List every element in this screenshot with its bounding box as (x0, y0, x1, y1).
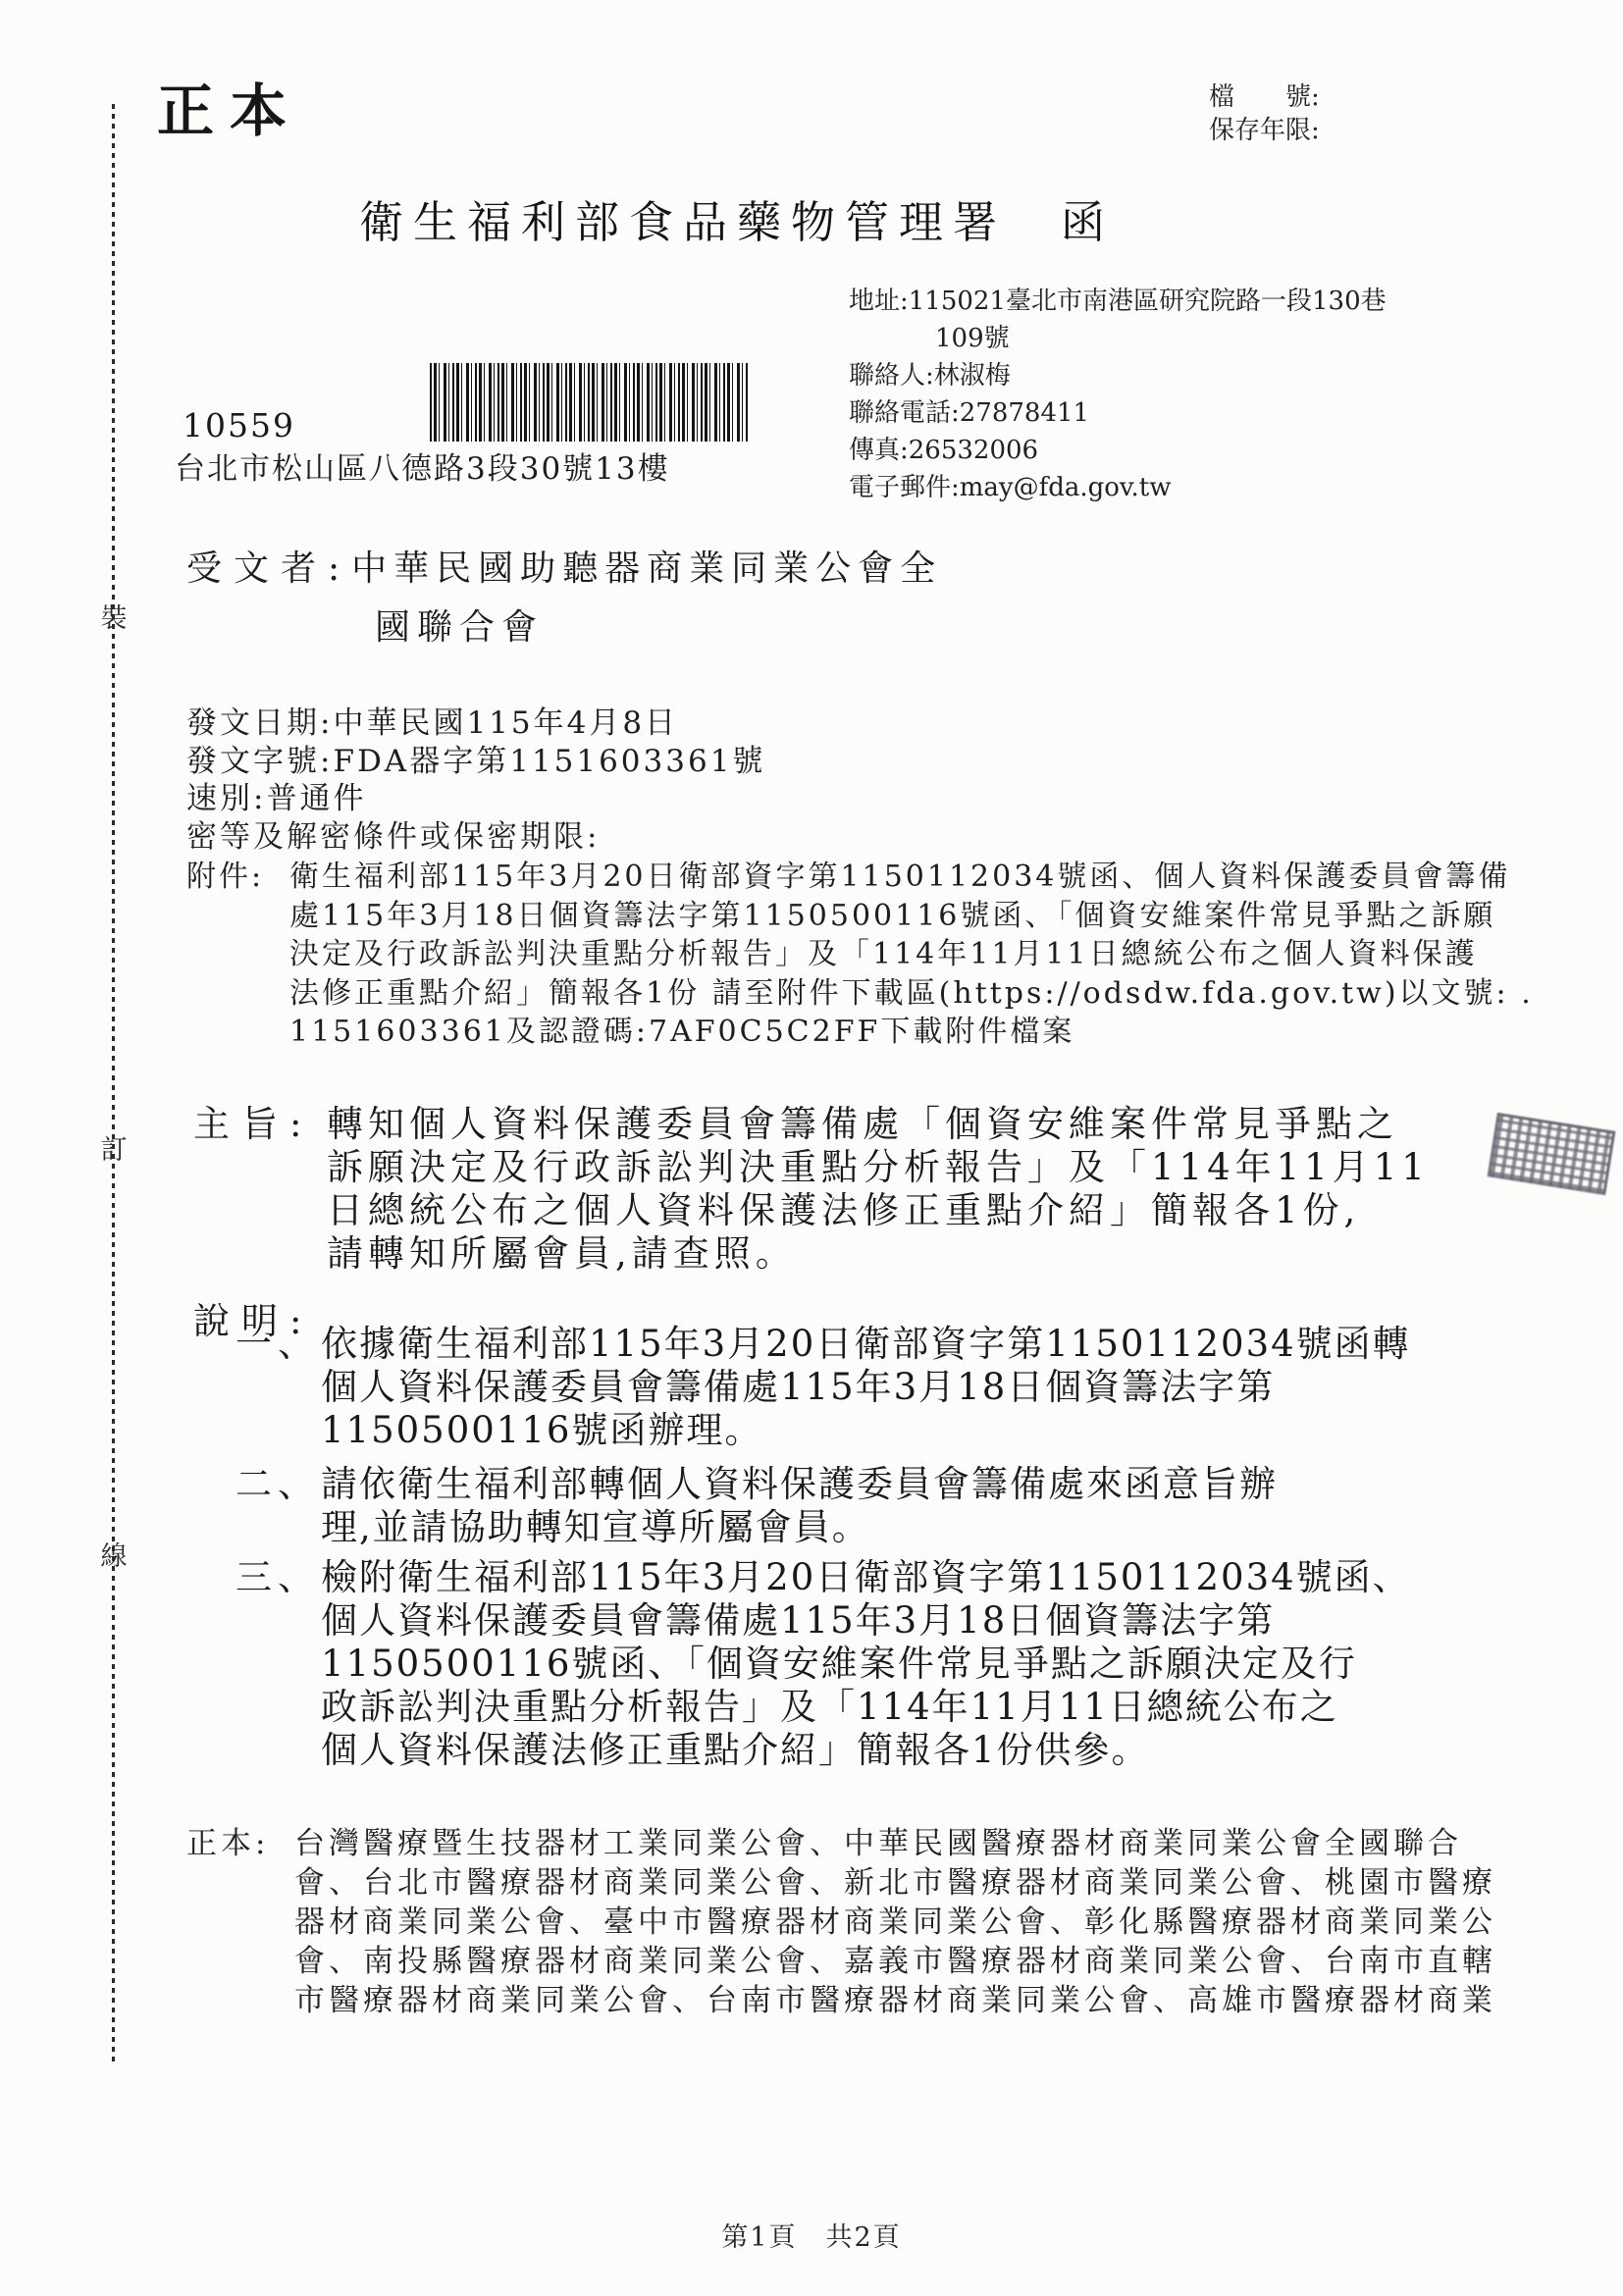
item-line: 個人資料保護委員會籌備處115年3月18日個資籌法字第 (321, 1366, 1557, 1409)
item-number: 一、 (236, 1323, 320, 1366)
item-line: 個人資料保護法修正重點介紹」簡報各1份供參。 (321, 1729, 1557, 1772)
copy-to-line: 市醫療器材商業同業公會、台南市醫療器材商業同業公會、高雄市醫療器材商業 (294, 1981, 1623, 2020)
explanation-item-1: 一、 依據衛生福利部115年3月20日衛部資字第1150112034號函轉 個人… (236, 1323, 1557, 1452)
security-classification: 密等及解密條件或保密期限: (186, 818, 765, 857)
sender-address-line1: 地址:115021臺北市南港區研究院路一段130巷 (849, 283, 1387, 320)
item-line: 政訴訟判決重點分析報告」及「114年11月11日總統公布之 (321, 1686, 1557, 1729)
recipient-block: 受文者:中華民國助聽器商業同業公會全 國聯合會 (186, 540, 942, 657)
attachment-label: 附件: (186, 858, 264, 897)
explanation-item-3: 三、 檢附衛生福利部115年3月20日衛部資字第1150112034號函、 個人… (236, 1556, 1557, 1772)
page-number-footer: 第1頁 共2頁 (0, 2216, 1623, 2254)
recipient-name-part1: 中華民國助聽器商業同業公會全 (351, 548, 942, 589)
recipient-street-address: 台北市松山區八德路3段30號13樓 (175, 444, 670, 488)
copy-to-line: 台灣醫療暨生技器材工業同業公會、中華民國醫療器材商業同業公會全國聯合 (294, 1824, 1623, 1863)
item-line: 理,並請協助轉知宣導所屬會員。 (321, 1506, 1557, 1549)
recipient-label: 受文者: (186, 548, 351, 589)
document-title: 衛生福利部食品藥物管理署 函 (359, 186, 1115, 250)
copy-to-line: 會、南投縣醫療器材商業同業公會、嘉義市醫療器材商業同業公會、台南市直轄 (294, 1942, 1623, 1981)
item-number: 三、 (236, 1556, 320, 1599)
mail-barcode (430, 363, 748, 442)
subject-line: 訴願決定及行政訴訟判決重點分析報告」及「114年11月11 (327, 1146, 1623, 1189)
binding-mark-ding: 訂 (94, 1128, 133, 1167)
item-line: 個人資料保護委員會籌備處115年3月18日個資籌法字第 (321, 1599, 1557, 1643)
sender-contact-person: 聯絡人:林淑梅 (849, 357, 1387, 394)
sender-phone: 聯絡電話:27878411 (849, 394, 1387, 432)
item-line: 依據衛生福利部115年3月20日衛部資字第1150112034號函轉 (321, 1323, 1557, 1366)
attachment-line: 處115年3月18日個資籌法字第1150500116號函、「個資安維案件常見爭點… (289, 897, 1595, 936)
priority: 速別:普通件 (186, 780, 765, 818)
subject-block: 主旨: 轉知個人資料保護委員會籌備處「個資安維案件常見爭點之 訴願決定及行政訴訟… (193, 1103, 1623, 1276)
issue-date: 發文日期:中華民國115年4月8日 (186, 704, 765, 743)
explanation-item-2: 二、 請依衛生福利部轉個人資料保護委員會籌備處來函意旨辦 理,並請協助轉知宣導所… (236, 1463, 1557, 1549)
attachment-line: 法修正重點介紹」簡報各1份 請至附件下載區(https://odsdw.fda.… (289, 974, 1595, 1014)
attachment-line: 1151603361及認證碼:7AF0C5C2FF下載附件檔案 (289, 1013, 1595, 1052)
recipient-name-part2: 國聯合會 (186, 599, 942, 657)
copy-to-line: 器材商業同業公會、臺中市醫療器材商業同業公會、彰化縣醫療器材商業同業公 (294, 1903, 1623, 1942)
sender-address-line2: 109號 (849, 320, 1387, 357)
attachment-block: 附件: 衛生福利部115年3月20日衛部資字第1150112034號函、個人資料… (186, 858, 1595, 1052)
item-line: 1150500116號函、「個資安維案件常見爭點之訴願決定及行 (321, 1643, 1557, 1686)
sender-fax: 傳真:26532006 (849, 432, 1387, 469)
copy-type-label: 正本 (157, 65, 302, 147)
sender-email: 電子郵件:may@fda.gov.tw (849, 469, 1387, 506)
binding-mark-xian: 線 (94, 1535, 133, 1573)
sender-contact-block: 地址:115021臺北市南港區研究院路一段130巷 109號 聯絡人:林淑梅 聯… (849, 283, 1387, 506)
subject-line: 日總統公布之個人資料保護法修正重點介紹」簡報各1份, (327, 1189, 1623, 1232)
copy-to-line: 會、台北市醫療器材商業同業公會、新北市醫療器材商業同業公會、桃園市醫療 (294, 1863, 1623, 1903)
attachment-line: 決定及行政訴訟判決重點分析報告」及「114年11月11日總統公布之個人資料保護 (289, 935, 1595, 974)
subject-label: 主旨: (193, 1103, 313, 1146)
copy-to-label: 正本: (186, 1824, 269, 1863)
recipient-line1: 受文者:中華民國助聽器商業同業公會全 (186, 540, 942, 599)
file-number-block: 檔 號: 保存年限: (1209, 80, 1320, 147)
binding-dotted-line (112, 104, 115, 2066)
copy-to-block: 正本: 台灣醫療暨生技器材工業同業公會、中華民國醫療器材商業同業公會全國聯合 會… (186, 1824, 1623, 2020)
attachment-line: 衛生福利部115年3月20日衛部資字第1150112034號函、個人資料保護委員… (289, 858, 1595, 897)
file-number-label: 檔 號: (1209, 80, 1320, 114)
item-line: 請依衛生福利部轉個人資料保護委員會籌備處來函意旨辦 (321, 1463, 1557, 1506)
scanned-official-letter-page: 裝 訂 線 正本 檔 號: 保存年限: 衛生福利部食品藥物管理署 函 地址:11… (0, 0, 1623, 2296)
document-meta-block: 發文日期:中華民國115年4月8日 發文字號:FDA器字第1151603361號… (186, 704, 765, 856)
item-number: 二、 (236, 1463, 320, 1506)
document-number: 發文字號:FDA器字第1151603361號 (186, 743, 765, 781)
subject-line: 轉知個人資料保護委員會籌備處「個資安維案件常見爭點之 (327, 1103, 1623, 1146)
binding-mark-zhuang: 裝 (94, 597, 133, 635)
item-line: 檢附衛生福利部115年3月20日衛部資字第1150112034號函、 (321, 1556, 1557, 1599)
item-line: 1150500116號函辦理。 (321, 1409, 1557, 1452)
subject-line: 請轉知所屬會員,請查照。 (327, 1232, 1623, 1276)
retention-period-label: 保存年限: (1209, 114, 1320, 147)
postal-code: 10559 (183, 406, 295, 444)
